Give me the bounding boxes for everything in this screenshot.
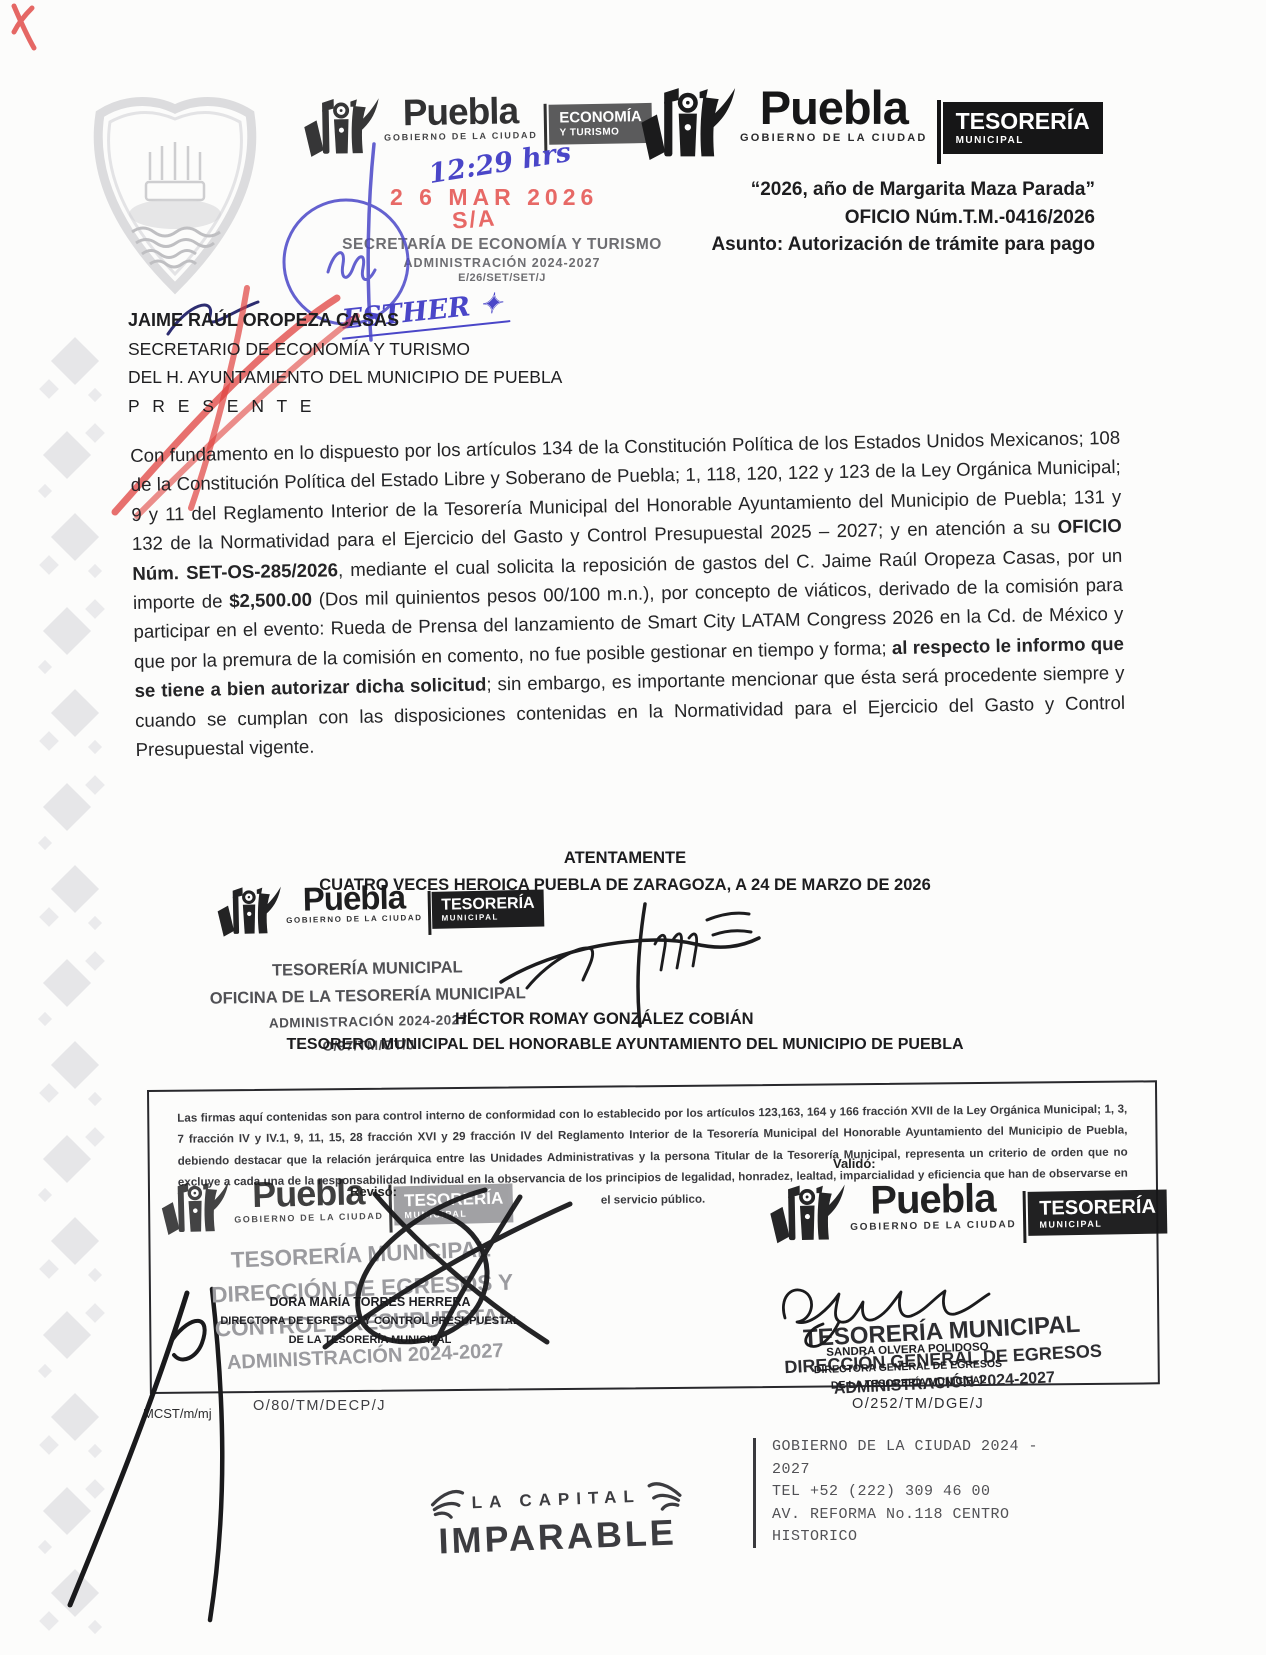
recipient-block: JAIME RAÚL OROPEZA CASAS SECRETARIO DE E… [128,306,562,420]
recipient-name: JAIME RAÚL OROPEZA CASAS [128,306,562,335]
recipient-title: SECRETARIO DE ECONOMÍA Y TURISMO [128,335,562,364]
recipient-entity: DEL H. AYUNTAMIENTO DEL MUNICIPIO DE PUE… [128,363,562,392]
footer-divider-bar [753,1438,756,1548]
brand-name: Puebla [302,881,405,914]
brand-name: Puebla [402,93,518,130]
closing-atentamente: ATENTAMENTE [130,849,1120,868]
brand-tagline: GOBIERNO DE LA CIUDAD [286,913,423,925]
brand-tagline: GOBIERNO DE LA CIUDAD [740,132,928,144]
puebla-mark-icon [636,86,736,174]
subject-line: Asunto: Autorización de trámite para pag… [430,231,1095,259]
logo-divider [1023,1191,1027,1243]
logo-divider [937,100,941,164]
body-paragraph: Con fundamento en lo dispuesto por los a… [130,423,1126,765]
puebla-mark-icon [213,884,282,947]
puebla-mark-icon [765,1182,846,1255]
valido-stamp-logo: Puebla GOBIERNO DE LA CIUDAD TESORERÍA M… [765,1177,1167,1256]
slogan-top: LA CAPITAL [471,1487,641,1513]
treasurer-name: HÉCTOR ROMAY GONZÁLEZ COBIÁN [455,1010,754,1029]
oficio-number: OFICIO Núm.T.M.-0416/2026 [430,204,1095,232]
wing-left-icon [429,1486,466,1523]
header-right-block: “2026, año de Margarita Maza Parada” OFI… [430,176,1095,259]
valido-signature-ink [775,1276,1045,1352]
scanned-oficio-page: Puebla GOBIERNO DE LA CIUDAD ECONOMÍA Y … [0,0,1266,1655]
treasurer-title: TESORERO MUNICIPAL DEL HONORABLE AYUNTAM… [130,1036,1120,1054]
brand-tagline: GOBIERNO DE LA CIUDAD [850,1219,1016,1233]
recipient-salutation: P R E S E N T E [128,392,562,421]
brand-name: Puebla [760,86,908,130]
valido-label: Validó: [833,1156,876,1171]
puebla-shield-crest [88,90,262,300]
puebla-mark-icon [157,1179,231,1247]
tesoreria-label-box: TESORERÍA MUNICIPAL [1028,1190,1167,1237]
puebla-tesoreria-logo: Puebla GOBIERNO DE LA CIUDAD TESORERÍA M… [636,86,1103,174]
la-capital-imparable-logo: LA CAPITAL IMPARABLE [391,1476,724,1565]
tesoreria-label-box: TESORERÍA MUNICIPAL [943,102,1103,154]
footer-address-block: GOBIERNO DE LA CIUDAD 2024 - 2027 TEL +5… [772,1436,1038,1549]
year-legend: “2026, año de Margarita Maza Parada” [430,176,1095,204]
reviso-signature-ink [285,1182,595,1357]
wing-right-icon [646,1477,683,1514]
red-pen-corner-mark [6,2,54,54]
brand-name: Puebla [870,1179,996,1219]
